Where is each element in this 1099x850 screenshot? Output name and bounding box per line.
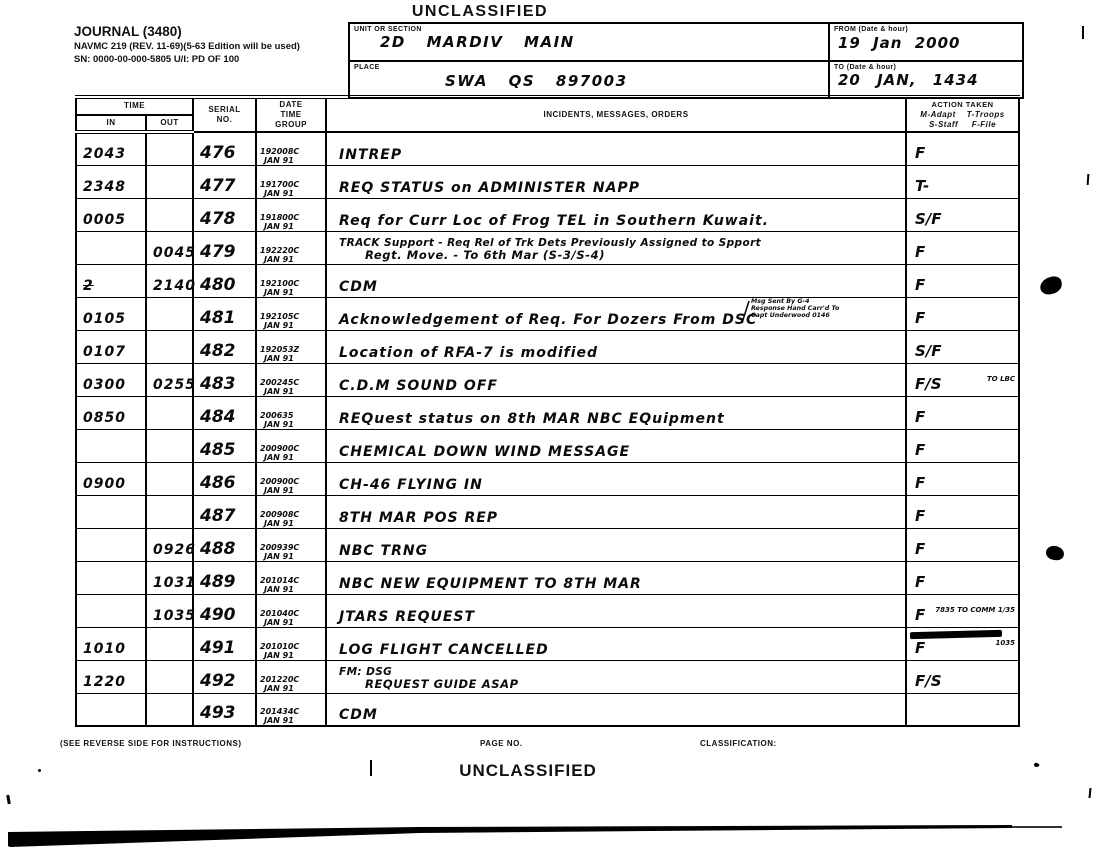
serial-value: 478 (194, 209, 255, 231)
date-time-group-cell: 200245C JAN 91 (256, 363, 326, 396)
action-taken-cell: F (906, 495, 1019, 528)
serial-value: 486 (194, 473, 255, 495)
time-out-cell (146, 429, 193, 462)
serial-value: 479 (194, 242, 255, 264)
dtg-value-line2: JAN 91 (257, 189, 325, 198)
form-title: JOURNAL (3480) (74, 24, 344, 39)
scan-mark (1087, 174, 1090, 185)
dtg-value-line1: 200908C (257, 510, 325, 519)
time-out-cell: 0255 (146, 363, 193, 396)
incident-cell: NBC TRNG (326, 528, 906, 561)
incident-text: REQuest status on 8th MAR NBC EQuipment (339, 412, 901, 427)
scan-mark (1088, 788, 1091, 798)
incident-text: LOG FLIGHT CANCELLED (339, 643, 901, 658)
incident-text: FM: DSG (339, 666, 901, 678)
date-time-group-cell: 201010C JAN 91 (256, 627, 326, 660)
date-time-group-cell: 200900C JAN 91 (256, 429, 326, 462)
incident-cell: FM: DSG REQUEST GUIDE ASAP (326, 660, 906, 693)
form-stock-line: SN: 0000-00-000-5805 U/I: PD OF 100 (74, 54, 344, 65)
time-in-cell: 0105 (76, 297, 146, 330)
action-value: F (907, 507, 1018, 528)
action-header-line2: M-Adapt T-Troops (907, 110, 1018, 120)
date-time-group-cell: 200939C JAN 91 (256, 528, 326, 561)
serial-header: SERIAL NO. (193, 97, 256, 132)
journal-entry-row: 485 200900C JAN 91 CHEMICAL DOWN WIND ME… (76, 429, 1019, 462)
incident-text: CH-46 FLYING IN (339, 478, 901, 493)
scan-speck (6, 795, 11, 804)
incident-text: Req for Curr Loc of Frog TEL in Southern… (339, 214, 901, 229)
incident-text: NBC NEW EQUIPMENT TO 8TH MAR (339, 577, 901, 592)
action-taken-cell: F (906, 429, 1019, 462)
time-in-cell: 2043 (76, 132, 146, 165)
serial-cell: 476 (193, 132, 256, 165)
journal-entry-row: 493 201434C JAN 91 CDM (76, 693, 1019, 726)
journal-entry-row: 487 200908C JAN 91 8TH MAR POS REP (76, 495, 1019, 528)
action-taken-cell: F (906, 297, 1019, 330)
action-note: 1035 (911, 639, 1015, 647)
incident-cell: C.D.M SOUND OFF (326, 363, 906, 396)
incident-text-wrap: LOG FLIGHT CANCELLED (327, 642, 905, 660)
dtg-value-line2: JAN 91 (257, 716, 325, 725)
incident-text: REQ STATUS on ADMINISTER NAPP (339, 181, 901, 196)
dtg-value-line2: JAN 91 (257, 156, 325, 165)
dtg-value-line1: 200635 (257, 411, 325, 420)
dtg-value-line2: JAN 91 (257, 684, 325, 693)
incident-text: TRACK Support - Req Rel of Trk Dets Prev… (339, 237, 901, 249)
dtg-value-line1: 201014C (257, 576, 325, 585)
serial-cell: 485 (193, 429, 256, 462)
incident-text-wrap: CDM (327, 279, 905, 297)
serial-value: 492 (194, 671, 255, 693)
date-time-group-cell: 191800C JAN 91 (256, 198, 326, 231)
action-note: 7835 TO COMM 1/35 (911, 606, 1015, 614)
journal-table-body: 2043 476 192008C JAN 91 INTREP (76, 132, 1019, 726)
journal-entry-row: 0105 481 192105C JAN 91 Acknowledgement … (76, 297, 1019, 330)
time-out-cell (146, 330, 193, 363)
action-value: S/F (907, 210, 1018, 231)
time-in-value: 2043 (77, 146, 145, 165)
time-in-value: 1010 (77, 641, 145, 660)
serial-value: 490 (194, 605, 255, 627)
to-label: TO (Date & hour) (834, 64, 896, 71)
time-in-cell (76, 528, 146, 561)
serial-header-line1: SERIAL (194, 105, 255, 115)
action-value: F (907, 441, 1018, 462)
form-number-line: NAVMC 219 (REV. 11-69)(5-63 Edition will… (74, 41, 344, 52)
incident-cell: CDM (326, 264, 906, 297)
dtg-header: DATE TIME GROUP (256, 97, 326, 132)
serial-cell: 486 (193, 462, 256, 495)
form-identification-block: JOURNAL (3480) NAVMC 219 (REV. 11-69)(5-… (74, 24, 344, 65)
date-time-group-cell: 192100C JAN 91 (256, 264, 326, 297)
time-in-cell: 0850 (76, 396, 146, 429)
action-value: T- (907, 177, 1018, 198)
time-out-cell (146, 198, 193, 231)
action-taken-cell: S/F (906, 198, 1019, 231)
serial-value: 484 (194, 407, 255, 429)
dtg-value-line2: JAN 91 (257, 288, 325, 297)
time-out-cell: 2140 (146, 264, 193, 297)
margin-note-line1: Msg Sent By G-4 (751, 298, 901, 305)
journal-entry-row: 0107 482 192053Z JAN 91 Location of RFA-… (76, 330, 1019, 363)
time-in-value: 1220 (77, 674, 145, 693)
incident-text: CDM (339, 708, 901, 723)
incident-text-wrap: CHEMICAL DOWN WIND MESSAGE (327, 444, 905, 462)
incident-text-wrap: TRACK Support - Req Rel of Trk Dets Prev… (327, 236, 905, 264)
time-out-header: OUT (146, 115, 193, 133)
time-out-cell (146, 660, 193, 693)
incident-text-wrap: CH-46 FLYING IN (327, 477, 905, 495)
incident-text-line2: Regt. Move. - To 6th Mar (S-3/S-4) (339, 249, 901, 262)
incident-text-wrap: INTREP (327, 147, 905, 165)
serial-cell: 479 (193, 231, 256, 264)
time-out-value: 1031 (147, 575, 192, 594)
date-time-group-cell: 201220C JAN 91 (256, 660, 326, 693)
incident-text-wrap: 8TH MAR POS REP (327, 510, 905, 528)
time-out-cell (146, 132, 193, 165)
serial-value: 485 (194, 440, 255, 462)
action-taken-cell: S/F (906, 330, 1019, 363)
dtg-value-line2: JAN 91 (257, 519, 325, 528)
serial-cell: 489 (193, 561, 256, 594)
dtg-value-line2: JAN 91 (257, 552, 325, 561)
place-value: SWA QS 897003 (445, 72, 628, 90)
time-out-cell (146, 627, 193, 660)
dtg-value-line1: 192008C (257, 147, 325, 156)
dtg-value-line2: JAN 91 (257, 420, 325, 429)
incident-text: CDM (339, 280, 901, 295)
time-out-cell (146, 297, 193, 330)
dtg-value-line1: 191700C (257, 180, 325, 189)
dtg-value-line2: JAN 91 (257, 486, 325, 495)
journal-entry-row: 1035 490 201040C JAN 91 JTARS REQUEST (76, 594, 1019, 627)
journal-entry-row: 1220 492 201220C JAN 91 FM: DSG REQUEST … (76, 660, 1019, 693)
ink-blob-artifact (1045, 545, 1065, 561)
footer-instructions: (SEE REVERSE SIDE FOR INSTRUCTIONS) (60, 739, 242, 748)
action-value: F (907, 408, 1018, 429)
journal-entry-row: 2 2140 480 192100C JAN 91 CDM (76, 264, 1019, 297)
action-taken-cell: F (906, 264, 1019, 297)
time-in-value (77, 722, 145, 725)
incident-text-wrap: NBC NEW EQUIPMENT TO 8TH MAR (327, 576, 905, 594)
journal-entry-row: 0045 479 192220C JAN 91 TRACK Support - … (76, 231, 1019, 264)
scan-mark (370, 760, 372, 776)
serial-cell: 483 (193, 363, 256, 396)
action-taken-cell: F (906, 528, 1019, 561)
action-taken-cell: 1035 F (906, 627, 1019, 660)
action-value (907, 722, 1018, 725)
margin-note-line2: Response Hand Carr'd To (751, 305, 901, 312)
date-time-group-cell: 192053Z JAN 91 (256, 330, 326, 363)
date-time-group-cell: 192220C JAN 91 (256, 231, 326, 264)
action-value: F (907, 243, 1018, 264)
time-out-value: 0045 (147, 245, 192, 264)
journal-entry-row: 0005 478 191800C JAN 91 Req for Curr Loc… (76, 198, 1019, 231)
time-out-value (147, 722, 192, 725)
time-in-value: 0107 (77, 344, 145, 363)
time-in-cell: 1010 (76, 627, 146, 660)
incident-cell: REQ STATUS on ADMINISTER NAPP (326, 165, 906, 198)
time-out-cell: 0926 (146, 528, 193, 561)
dtg-value-line1: 192053Z (257, 345, 325, 354)
date-time-group-cell: 191700C JAN 91 (256, 165, 326, 198)
unit-or-section-label: UNIT OR SECTION (354, 26, 422, 33)
classification-banner-bottom: UNCLASSIFIED (443, 761, 613, 781)
dtg-value-line1: 192105C (257, 312, 325, 321)
incident-cell: Req for Curr Loc of Frog TEL in Southern… (326, 198, 906, 231)
action-value: F (907, 309, 1018, 330)
journal-entry-row: 0850 484 200635 JAN 91 REQuest status on… (76, 396, 1019, 429)
slash-mark-icon (741, 300, 751, 324)
time-out-cell (146, 495, 193, 528)
serial-cell: 480 (193, 264, 256, 297)
action-value: F (907, 144, 1018, 165)
date-time-group-cell: 200900C JAN 91 (256, 462, 326, 495)
unit-or-section-value: 2D MARDIV MAIN (380, 33, 575, 51)
journal-entry-row: 2348 477 191700C JAN 91 REQ STATUS on AD… (76, 165, 1019, 198)
journal-entry-row: 2043 476 192008C JAN 91 INTREP (76, 132, 1019, 165)
unit-or-section-cell: UNIT OR SECTION 2D MARDIV MAIN (350, 24, 828, 62)
journal-entry-row: 1031 489 201014C JAN 91 NBC NEW EQUIPMEN… (76, 561, 1019, 594)
time-out-value: 0926 (147, 542, 192, 561)
serial-cell: 492 (193, 660, 256, 693)
serial-value: 488 (194, 539, 255, 561)
date-time-group-cell: 192008C JAN 91 (256, 132, 326, 165)
incident-text: NBC TRNG (339, 544, 901, 559)
serial-value: 483 (194, 374, 255, 396)
dtg-value-line2: JAN 91 (257, 255, 325, 264)
from-value: 19 Jan 2000 (838, 34, 960, 52)
time-in-value: 0850 (77, 410, 145, 429)
incident-cell: 8TH MAR POS REP (326, 495, 906, 528)
action-value: F (907, 540, 1018, 561)
dtg-value-line1: 200900C (257, 477, 325, 486)
serial-cell: 487 (193, 495, 256, 528)
from-label: FROM (Date & hour) (834, 26, 908, 33)
time-out-cell: 0045 (146, 231, 193, 264)
from-to-column: FROM (Date & hour) 19 Jan 2000 TO (Date … (830, 24, 1022, 97)
date-time-group-cell: 200635 JAN 91 (256, 396, 326, 429)
incident-cell: CDM (326, 693, 906, 726)
serial-value: 487 (194, 506, 255, 528)
place-label: PLACE (354, 64, 380, 71)
time-out-cell (146, 462, 193, 495)
serial-value: 489 (194, 572, 255, 594)
serial-value: 477 (194, 176, 255, 198)
incident-text-wrap: REQ STATUS on ADMINISTER NAPP (327, 180, 905, 198)
action-taken-cell: F (906, 396, 1019, 429)
scanned-journal-page: UNCLASSIFIED JOURNAL (3480) NAVMC 219 (R… (0, 0, 1099, 850)
incident-cell: REQuest status on 8th MAR NBC EQuipment (326, 396, 906, 429)
dtg-header-line1: DATE (257, 100, 325, 110)
serial-cell: 477 (193, 165, 256, 198)
incident-cell: JTARS REQUEST (326, 594, 906, 627)
journal-entry-row: 0900 486 200900C JAN 91 CH-46 FLYING IN (76, 462, 1019, 495)
serial-cell: 478 (193, 198, 256, 231)
incident-cell: NBC NEW EQUIPMENT TO 8TH MAR (326, 561, 906, 594)
incident-text: JTARS REQUEST (339, 610, 901, 625)
dtg-value-line2: JAN 91 (257, 585, 325, 594)
time-in-cell (76, 561, 146, 594)
journal-table-header: TIME SERIAL NO. DATE TIME GROUP INCIDENT… (76, 97, 1019, 132)
action-value: F/S (907, 672, 1018, 693)
serial-cell: 484 (193, 396, 256, 429)
classification-banner-top: UNCLASSIFIED (400, 3, 560, 21)
dtg-value-line2: JAN 91 (257, 453, 325, 462)
date-time-group-cell: 201434C JAN 91 (256, 693, 326, 726)
serial-cell: 481 (193, 297, 256, 330)
incident-text-wrap: REQuest status on 8th MAR NBC EQuipment (327, 411, 905, 429)
time-out-cell (146, 396, 193, 429)
margin-note-line3: Capt Underwood 0146 (751, 312, 901, 319)
serial-cell: 490 (193, 594, 256, 627)
dtg-value-line2: JAN 91 (257, 222, 325, 231)
incident-text-line2: REQUEST GUIDE ASAP (339, 678, 901, 691)
dtg-value-line1: 192100C (257, 279, 325, 288)
scan-speck (1033, 762, 1039, 768)
serial-cell: 491 (193, 627, 256, 660)
action-taken-cell: F (906, 132, 1019, 165)
time-in-header: IN (76, 115, 146, 133)
incident-text-wrap: CDM (327, 707, 905, 725)
serial-cell: 488 (193, 528, 256, 561)
time-in-cell: 0005 (76, 198, 146, 231)
action-taken-cell: T- (906, 165, 1019, 198)
time-in-value: 0300 (77, 377, 145, 396)
header-box: UNIT OR SECTION 2D MARDIV MAIN PLACE SWA… (348, 22, 1024, 99)
footer-classification-label: CLASSIFICATION: (700, 739, 777, 748)
dtg-value-line1: 201010C (257, 642, 325, 651)
scan-edge-artifact (0, 818, 1099, 850)
dtg-value-line2: JAN 91 (257, 387, 325, 396)
serial-value: 476 (194, 143, 255, 165)
dtg-value-line1: 191800C (257, 213, 325, 222)
action-taken-cell: TO LBC F/S (906, 363, 1019, 396)
time-in-cell (76, 495, 146, 528)
incident-cell: CH-46 FLYING IN (326, 462, 906, 495)
date-time-group-cell: 192105C JAN 91 (256, 297, 326, 330)
time-in-value: 0005 (77, 212, 145, 231)
action-taken-cell: F (906, 462, 1019, 495)
time-out-value: 0255 (147, 377, 192, 396)
action-taken-cell: 7835 TO COMM 1/35 F (906, 594, 1019, 627)
incident-text: 8TH MAR POS REP (339, 511, 901, 526)
time-in-cell: 0900 (76, 462, 146, 495)
incident-text-wrap: C.D.M SOUND OFF (327, 378, 905, 396)
action-taken-cell (906, 693, 1019, 726)
incident-text: C.D.M SOUND OFF (339, 379, 901, 394)
incident-cell: CHEMICAL DOWN WIND MESSAGE (326, 429, 906, 462)
serial-cell: 493 (193, 693, 256, 726)
time-in-value: 0105 (77, 311, 145, 330)
time-in-value: 0900 (77, 476, 145, 495)
unit-place-column: UNIT OR SECTION 2D MARDIV MAIN PLACE SWA… (350, 24, 830, 97)
dtg-value-line1: 201434C (257, 707, 325, 716)
incident-text: CHEMICAL DOWN WIND MESSAGE (339, 445, 901, 460)
time-out-value: 1035 (147, 608, 192, 627)
serial-value: 491 (194, 638, 255, 660)
serial-cell: 482 (193, 330, 256, 363)
time-out-value: 2140 (147, 278, 192, 297)
time-in-value: 2348 (77, 179, 145, 198)
date-time-group-cell: 200908C JAN 91 (256, 495, 326, 528)
incident-text-wrap: JTARS REQUEST (327, 609, 905, 627)
incident-cell: INTREP (326, 132, 906, 165)
time-in-cell: 0300 (76, 363, 146, 396)
action-header-line1: ACTION TAKEN (907, 100, 1018, 109)
serial-value: 481 (194, 308, 255, 330)
dtg-value-line1: 201040C (257, 609, 325, 618)
time-in-cell: 2348 (76, 165, 146, 198)
incident-text-wrap: NBC TRNG (327, 543, 905, 561)
incident-text-wrap: FM: DSG REQUEST GUIDE ASAP (327, 665, 905, 693)
journal-table: TIME SERIAL NO. DATE TIME GROUP INCIDENT… (75, 95, 1020, 727)
action-value: F (907, 573, 1018, 594)
incident-cell: Acknowledgement of Req. For Dozers From … (326, 297, 906, 330)
footer-page-no-label: PAGE NO. (480, 739, 523, 748)
incident-text-wrap: Location of RFA-7 is modified (327, 345, 905, 363)
date-time-group-cell: 201040C JAN 91 (256, 594, 326, 627)
dtg-value-line1: 192220C (257, 246, 325, 255)
time-out-cell (146, 165, 193, 198)
incident-cell: TRACK Support - Req Rel of Trk Dets Prev… (326, 231, 906, 264)
serial-value: 482 (194, 341, 255, 363)
action-taken-cell: F (906, 231, 1019, 264)
time-in-cell: 2 (76, 264, 146, 297)
incident-text-wrap: Req for Curr Loc of Frog TEL in Southern… (327, 213, 905, 231)
ink-blob-artifact (1038, 275, 1063, 296)
dtg-value-line2: JAN 91 (257, 354, 325, 363)
serial-header-line2: NO. (194, 115, 255, 125)
action-value: S/F (907, 342, 1018, 363)
serial-value: 480 (194, 275, 255, 297)
time-in-cell: 0107 (76, 330, 146, 363)
action-header-line3: S-Staff F-File (907, 120, 1018, 130)
scan-speck (38, 769, 41, 772)
to-cell: TO (Date & hour) 20 JAN, 1434 (830, 62, 1022, 98)
action-value: F (907, 276, 1018, 297)
from-cell: FROM (Date & hour) 19 Jan 2000 (830, 24, 1022, 62)
time-out-cell: 1031 (146, 561, 193, 594)
time-in-cell (76, 429, 146, 462)
dtg-value-line1: 200245C (257, 378, 325, 387)
journal-entry-row: 1010 491 201010C JAN 91 LOG FLIGHT CANCE… (76, 627, 1019, 660)
to-value: 20 JAN, 1434 (838, 71, 979, 89)
dtg-value-line1: 201220C (257, 675, 325, 684)
dtg-value-line2: JAN 91 (257, 651, 325, 660)
incident-text: Location of RFA-7 is modified (339, 346, 901, 361)
time-header: TIME (76, 97, 193, 115)
incidents-header: INCIDENTS, MESSAGES, ORDERS (326, 97, 906, 132)
dtg-value-line1: 200939C (257, 543, 325, 552)
dtg-header-line2: TIME (257, 110, 325, 120)
journal-entry-row: 0300 0255 483 200245C JAN 91 C.D.M SOUND… (76, 363, 1019, 396)
time-in-cell (76, 693, 146, 726)
place-cell: PLACE SWA QS 897003 (350, 62, 828, 98)
time-in-cell (76, 594, 146, 627)
incident-cell: LOG FLIGHT CANCELLED (326, 627, 906, 660)
action-taken-cell: F/S (906, 660, 1019, 693)
serial-value: 493 (194, 703, 255, 725)
scribble-mark (910, 629, 1002, 638)
action-taken-header: ACTION TAKEN M-Adapt T-Troops S-Staff F-… (906, 97, 1019, 132)
dtg-value-line1: 200900C (257, 444, 325, 453)
dtg-header-line3: GROUP (257, 120, 325, 130)
dtg-value-line2: JAN 91 (257, 321, 325, 330)
time-in-value: 2 (77, 278, 145, 297)
dtg-value-line2: JAN 91 (257, 618, 325, 627)
margin-note: Msg Sent By G-4 Response Hand Carr'd To … (751, 298, 901, 319)
